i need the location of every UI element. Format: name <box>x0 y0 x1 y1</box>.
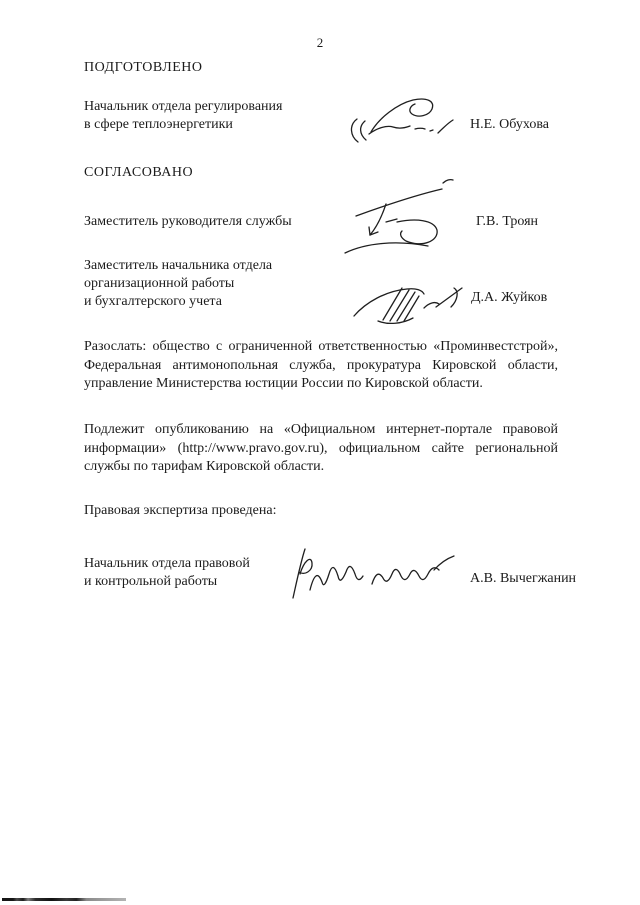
prepared-signatory-name: Н.Е. Обухова <box>470 116 549 134</box>
prepared-signatory-title-line1: Начальник отдела регулирования <box>84 98 282 116</box>
signature-troyan-scribble-icon <box>340 176 460 258</box>
distribution-paragraph: Разослать: общество с ограниченной ответ… <box>84 338 558 394</box>
publication-paragraph: Подлежит опубликованию на «Официальном и… <box>84 421 558 477</box>
agreed-heading: СОГЛАСОВАНО <box>84 164 193 182</box>
legal-review-signatory-title: Начальник отдела правовой и контрольной … <box>84 555 250 591</box>
signature-obukhova-scribble-icon <box>345 92 457 148</box>
legal-review-signatory-title-line2: и контрольной работы <box>84 573 250 591</box>
agreed-signatory2-title: Заместитель начальника отдела организаци… <box>84 257 272 311</box>
prepared-signatory-title-line2: в сфере теплоэнергетики <box>84 116 282 134</box>
footnote-separator-line <box>2 898 126 901</box>
legal-review-signatory-name: А.В. Вычегжанин <box>470 570 576 588</box>
agreed-signatory2-title-line3: и бухгалтерского учета <box>84 293 272 311</box>
legal-review-signatory-title-line1: Начальник отдела правовой <box>84 555 250 573</box>
agreed-signatory2-title-line2: организационной работы <box>84 275 272 293</box>
signature-vychegzhanin-scribble-icon <box>286 546 461 601</box>
agreed-signatory1-title: Заместитель руководителя службы <box>84 213 292 231</box>
page-number: 2 <box>0 34 640 52</box>
prepared-signatory-title: Начальник отдела регулирования в сфере т… <box>84 98 282 134</box>
document-page: 2 ПОДГОТОВЛЕНО Начальник отдела регулиро… <box>0 0 640 905</box>
agreed-signatory1-title-line1: Заместитель руководителя службы <box>84 213 292 231</box>
legal-review-heading: Правовая экспертиза проведена: <box>84 502 276 520</box>
agreed-signatory2-name: Д.А. Жуйков <box>471 289 547 307</box>
agreed-signatory2-title-line1: Заместитель начальника отдела <box>84 257 272 275</box>
prepared-heading: ПОДГОТОВЛЕНО <box>84 59 202 77</box>
signature-zhuikov-scribble-icon <box>350 279 472 325</box>
agreed-signatory1-name: Г.В. Троян <box>476 213 538 231</box>
